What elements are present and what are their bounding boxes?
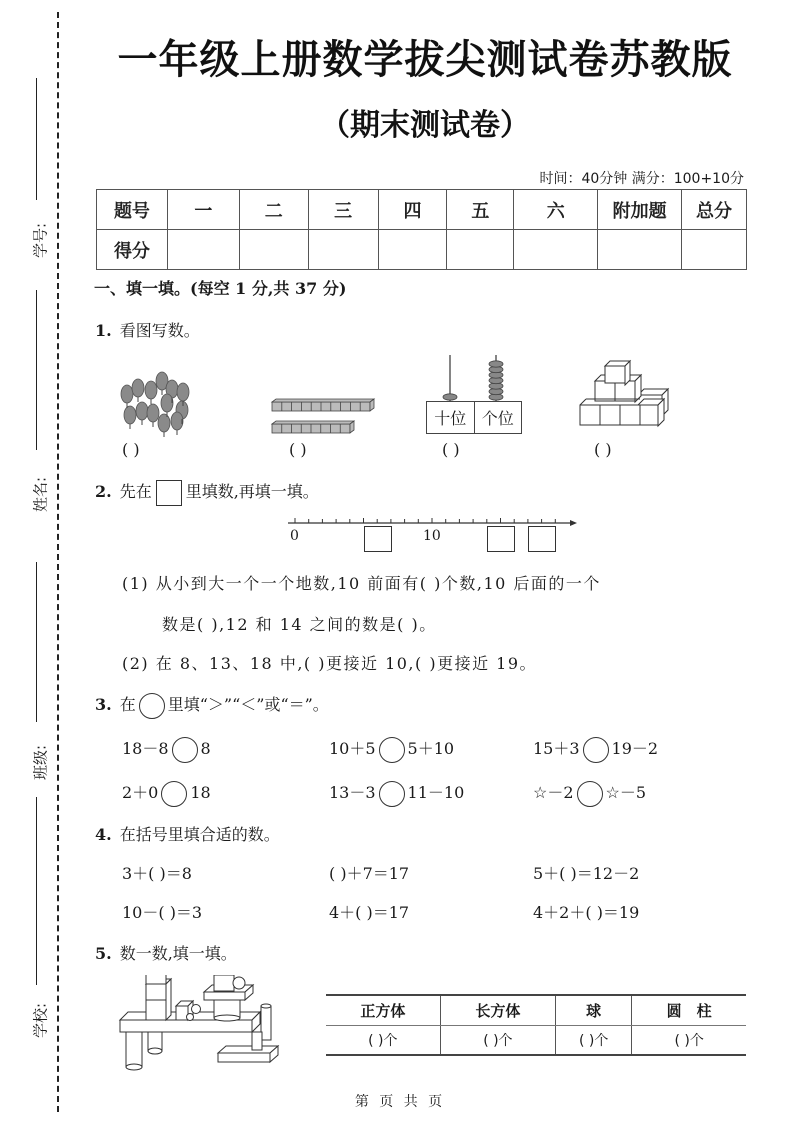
compare-left: ☆－2: [533, 783, 574, 802]
col-bonus: 附加题: [598, 190, 682, 230]
col-3: 三: [308, 190, 378, 230]
header-cube: 正方体: [326, 995, 440, 1025]
compare-circle[interactable]: [379, 737, 405, 763]
number-line-label-0: 0: [290, 528, 299, 544]
col-5: 五: [447, 190, 514, 230]
compare-left: 2＋0: [122, 783, 158, 802]
compare-right: 19－2: [612, 739, 659, 758]
header-cylinder: 圆 柱: [632, 995, 746, 1025]
number-line-answer-box[interactable]: [364, 526, 392, 552]
compare-circle[interactable]: [161, 781, 187, 807]
col-2: 二: [239, 190, 308, 230]
compare-circle[interactable]: [172, 737, 198, 763]
shapes-count-table: 正方体 长方体 球 圆 柱 ( )个 ( )个 ( )个 ( )个: [326, 994, 746, 1056]
name-label: 姓名:: [30, 473, 51, 517]
q2-part2: (2) 在 8、13、18 中,( )更接近 10,( )更接近 19。: [122, 651, 537, 674]
col-6: 六: [514, 190, 598, 230]
col-4: 四: [378, 190, 447, 230]
abacus-figure: 十位 个位: [426, 355, 522, 435]
question-prompt: 数一数,填一填。: [120, 944, 237, 963]
question-prompt-before: 在: [120, 695, 136, 714]
circle-icon: [139, 693, 165, 719]
school-underline: [36, 797, 37, 985]
answer-blank[interactable]: ( ): [594, 440, 612, 459]
compare-left: 15＋3: [533, 739, 580, 758]
shape-blocks-icon: [118, 975, 283, 1075]
count-cube[interactable]: ( )个: [326, 1025, 440, 1055]
answer-blank[interactable]: ( ): [289, 440, 307, 459]
compare-right: 11－10: [408, 783, 465, 802]
question-prompt: 在括号里填合适的数。: [120, 825, 280, 844]
leaves-icon: [112, 370, 197, 440]
compare-left: 10＋5: [329, 739, 376, 758]
count-sphere[interactable]: ( )个: [556, 1025, 632, 1055]
score-cell[interactable]: [378, 230, 447, 270]
fill-item[interactable]: 3＋( )＝8: [122, 861, 192, 884]
page-subtitle: （期末测试卷）: [100, 100, 750, 144]
header-cuboid: 长方体: [440, 995, 555, 1025]
compare-right: 8: [201, 739, 211, 758]
square-box-icon: [156, 480, 182, 506]
count-cylinder[interactable]: ( )个: [632, 1025, 746, 1055]
page-footer: 第 页 共 页: [300, 1091, 500, 1111]
score-value-row: 得分: [97, 230, 747, 270]
compare-item: 10＋55＋10: [329, 736, 454, 763]
abacus-base: 十位 个位: [426, 401, 522, 434]
score-cell[interactable]: [239, 230, 308, 270]
cube-stack-icon: [578, 358, 673, 438]
col-total: 总分: [682, 190, 747, 230]
name-underline: [36, 290, 37, 450]
score-cell[interactable]: [447, 230, 514, 270]
score-cell[interactable]: [167, 230, 239, 270]
question-3: 3.在里填“＞”“＜”或“＝”。: [95, 692, 329, 719]
student-id-underline: [36, 78, 37, 200]
col-1: 一: [167, 190, 239, 230]
number-line-label-10: 10: [423, 528, 441, 544]
score-table: 题号 一 二 三 四 五 六 附加题 总分 得分: [96, 189, 747, 270]
compare-circle[interactable]: [577, 781, 603, 807]
question-4: 4.在括号里填合适的数。: [95, 822, 280, 845]
abacus-rods-icon: [426, 355, 522, 402]
fill-item[interactable]: 5＋( )＝12－2: [533, 861, 639, 884]
score-cell[interactable]: [682, 230, 747, 270]
q2-part1-line2: 数是( ),12 和 14 之间的数是( )。: [162, 612, 437, 635]
cut-line: [57, 12, 59, 1112]
question-number: 3.: [95, 695, 112, 714]
tens-place-label: 十位: [427, 402, 475, 433]
class-underline: [36, 562, 37, 722]
compare-right: 18: [190, 783, 210, 802]
q2-part1-line1: (1) 从小到大一个一个地数,10 前面有( )个数,10 后面的一个: [122, 571, 601, 594]
ten-rods-icon: [270, 398, 380, 438]
compare-circle[interactable]: [379, 781, 405, 807]
question-number: 2.: [95, 482, 112, 501]
score-cell[interactable]: [514, 230, 598, 270]
question-number: 4.: [95, 825, 112, 844]
question-5: 5.数一数,填一填。: [95, 941, 237, 964]
section-heading: 一、填一填。(每空 1 分,共 37 分): [94, 276, 346, 299]
question-prompt-before: 先在: [120, 482, 152, 501]
number-line-answer-box[interactable]: [528, 526, 556, 552]
answer-blank[interactable]: ( ): [442, 440, 460, 459]
fill-item[interactable]: 10－( )＝3: [122, 900, 202, 923]
count-cuboid[interactable]: ( )个: [440, 1025, 555, 1055]
compare-left: 18－8: [122, 739, 169, 758]
question-2: 2.先在里填数,再填一填。: [95, 479, 319, 506]
header-sphere: 球: [556, 995, 632, 1025]
number-line-answer-box[interactable]: [487, 526, 515, 552]
compare-right: 5＋10: [408, 739, 455, 758]
row-header-question: 题号: [97, 190, 168, 230]
question-prompt-after: 里填数,再填一填。: [186, 482, 319, 501]
compare-item: 13－311－10: [329, 780, 464, 807]
compare-right: ☆－5: [606, 783, 647, 802]
exam-meta: 时间：40分钟 满分：100+10分: [539, 168, 744, 188]
question-1: 1.看图写数。: [95, 318, 200, 341]
score-cell[interactable]: [598, 230, 682, 270]
school-label: 学校:: [30, 999, 51, 1043]
class-label: 班级:: [30, 741, 51, 785]
compare-item: 18－88: [122, 736, 211, 763]
student-id-label: 学号:: [30, 219, 51, 263]
fill-item[interactable]: 4＋2＋( )＝19: [533, 900, 639, 923]
answer-blank[interactable]: ( ): [122, 440, 140, 459]
fill-item[interactable]: 4＋( )＝17: [329, 900, 409, 923]
compare-item: ☆－2☆－5: [533, 780, 646, 807]
compare-circle[interactable]: [583, 737, 609, 763]
row-header-score: 得分: [97, 230, 168, 270]
compare-item: 2＋018: [122, 780, 211, 807]
score-header-row: 题号 一 二 三 四 五 六 附加题 总分: [97, 190, 747, 230]
compare-item: 15＋319－2: [533, 736, 658, 763]
page-title: 一年级上册数学拔尖测试卷苏教版: [100, 28, 750, 85]
question-number: 5.: [95, 944, 112, 963]
compare-left: 13－3: [329, 783, 376, 802]
ones-place-label: 个位: [475, 402, 522, 433]
question-number: 1.: [95, 321, 112, 340]
fill-item[interactable]: ( )＋7＝17: [329, 861, 409, 884]
question-prompt-after: 里填“＞”“＜”或“＝”。: [168, 695, 329, 714]
question-prompt: 看图写数。: [120, 321, 200, 340]
score-cell[interactable]: [308, 230, 378, 270]
